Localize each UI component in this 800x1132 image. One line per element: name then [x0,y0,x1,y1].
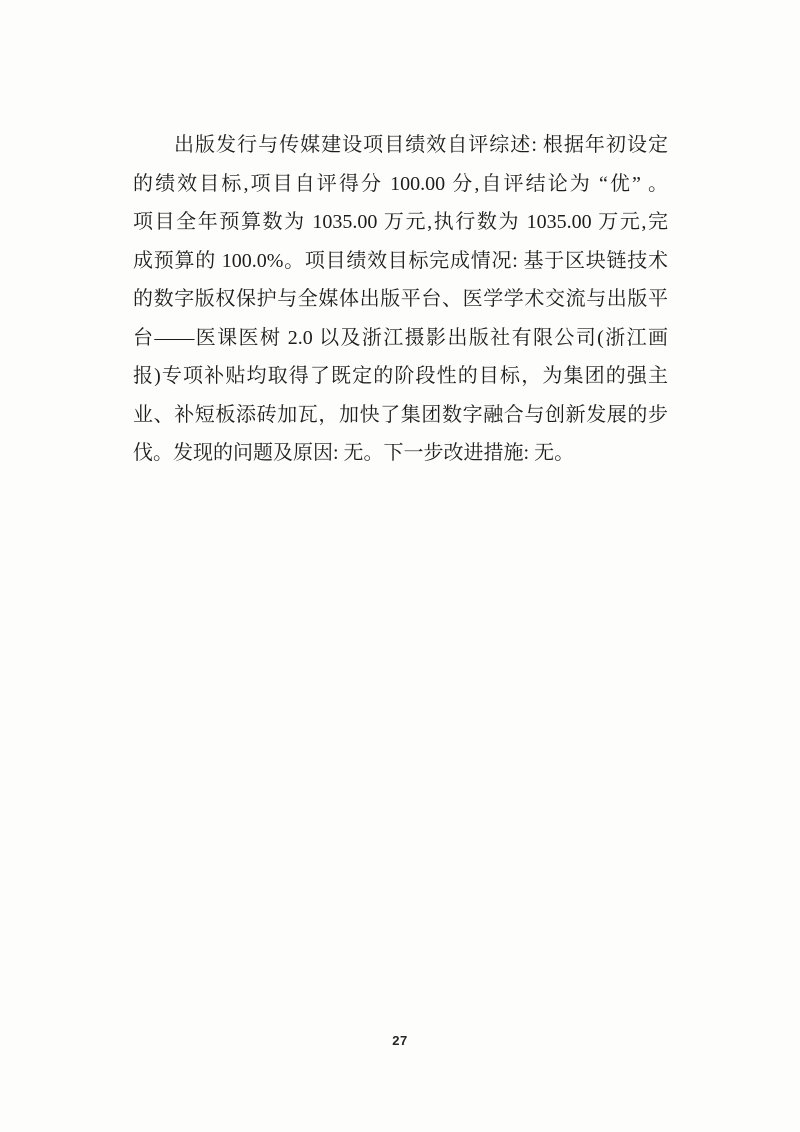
paragraph-line-3: 项目全年预算数为 1035.00 万元,执行数为 1035.00 万元,完 [133,203,668,242]
paragraph-line-5: 的数字版权保护与全媒体出版平台、医学学术交流与出版平 [133,280,668,319]
page-number: 27 [0,1033,800,1048]
paragraph-line-7: 报)专项补贴均取得了既定的阶段性的目标，为集团的强主 [133,357,668,396]
document-page: 出版发行与传媒建设项目绩效自评综述: 根据年初设定 的绩效目标,项目自评得分 1… [0,0,800,1132]
paragraph-line-2: 的绩效目标,项目自评得分 100.00 分,自评结论为 “优” 。 [133,165,668,204]
self-evaluation-paragraph: 出版发行与传媒建设项目绩效自评综述: 根据年初设定 的绩效目标,项目自评得分 1… [133,126,668,473]
paragraph-line-1: 出版发行与传媒建设项目绩效自评综述: 根据年初设定 [133,126,668,165]
paragraph-line-6: 台——医课医树 2.0 以及浙江摄影出版社有限公司(浙江画 [133,319,668,358]
paragraph-line-8: 业、补短板添砖加瓦，加快了集团数字融合与创新发展的步 [133,396,668,435]
paragraph-line-9: 伐。发现的问题及原因: 无。下一步改进措施: 无。 [133,434,668,473]
paragraph-line-4: 成预算的 100.0%。项目绩效目标完成情况: 基于区块链技术 [133,242,668,281]
